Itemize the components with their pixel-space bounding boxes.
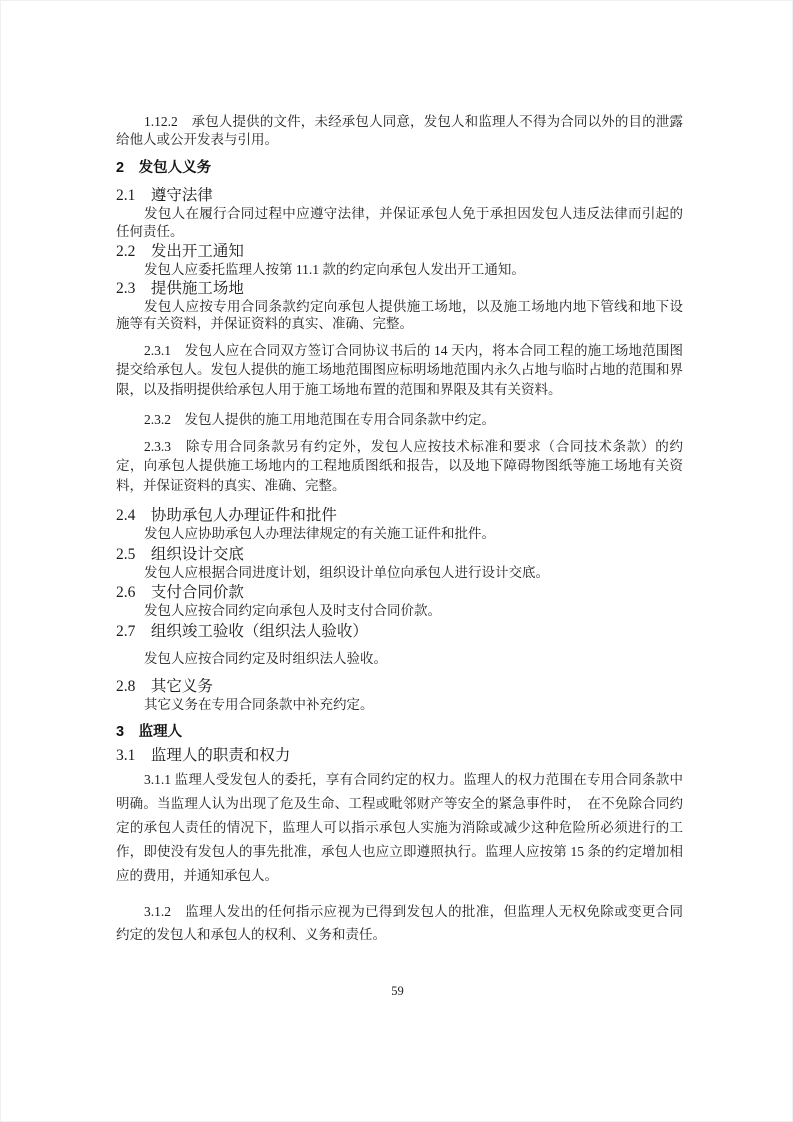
clause-1-12-2-paragraph: 1.12.2 承包人提供的文件，未经承包人同意，发包人和监理人不得为合同以外的目… [116,113,683,148]
clause-2-3-3-paragraph: 2.3.3 除专用合同条款另有约定外，发包人应按技术标准和要求（合同技术条款）的… [116,437,683,496]
clause-3-1-1-paragraph: 3.1.1 监理人受发包人的委托，享有合同约定的权力。监理人的权力范围在专用合同… [116,768,683,888]
clause-2-5-heading: 2.5 组织设计交底 [116,545,683,564]
clause-2-5-paragraph: 发包人应根据合同进度计划，组织设计单位向承包人进行设计交底。 [116,564,683,582]
clause-2-6-heading: 2.6 支付合同价款 [116,583,683,602]
document-page: 1.12.2 承包人提供的文件，未经承包人同意，发包人和监理人不得为合同以外的目… [0,0,793,1122]
clause-2-8-heading: 2.8 其它义务 [116,677,683,696]
clause-2-4-paragraph: 发包人应协助承包人办理法律规定的有关施工证件和批件。 [116,525,683,543]
clause-2-2-heading: 2.2 发出开工通知 [116,242,683,261]
clause-2-1-heading: 2.1 遵守法律 [116,186,683,205]
page-number: 59 [1,984,793,999]
clause-2-8-paragraph: 其它义务在专用合同条款中补充约定。 [116,696,683,714]
chapter-2-heading: 2 发包人义务 [116,158,683,178]
clause-2-3-1-paragraph: 2.3.1 发包人应在合同双方签订合同协议书后的 14 天内，将本合同工程的施工… [116,341,683,400]
clause-2-3-heading: 2.3 提供施工场地 [116,279,683,298]
clause-3-1-heading: 3.1 监理人的职责和权力 [116,746,683,765]
clause-2-7-heading: 2.7 组织竣工验收（组织法人验收） [116,622,683,641]
clause-2-6-paragraph: 发包人应按合同约定向承包人及时支付合同价款。 [116,602,683,620]
clause-2-1-paragraph: 发包人在履行合同过程中应遵守法律，并保证承包人免于承担因发包人违反法律而引起的任… [116,205,683,240]
document-body: 1.12.2 承包人提供的文件，未经承包人同意，发包人和监理人不得为合同以外的目… [116,113,683,946]
clause-2-3-2-paragraph: 2.3.2 发包人提供的施工用地范围在专用合同条款中约定。 [116,410,683,430]
clause-2-4-heading: 2.4 协助承包人办理证件和批件 [116,506,683,525]
clause-2-7-paragraph: 发包人应按合同约定及时组织法人验收。 [116,650,683,668]
clause-2-2-paragraph: 发包人应委托监理人按第 11.1 款的约定向承包人发出开工通知。 [116,261,683,279]
chapter-3-heading: 3 监理人 [116,722,683,742]
clause-2-3-paragraph: 发包人应按专用合同条款约定向承包人提供施工场地，以及施工场地内地下管线和地下设施… [116,298,683,333]
clause-3-1-2-paragraph: 3.1.2 监理人发出的任何指示应视为已得到发包人的批准，但监理人无权免除或变更… [116,900,683,946]
